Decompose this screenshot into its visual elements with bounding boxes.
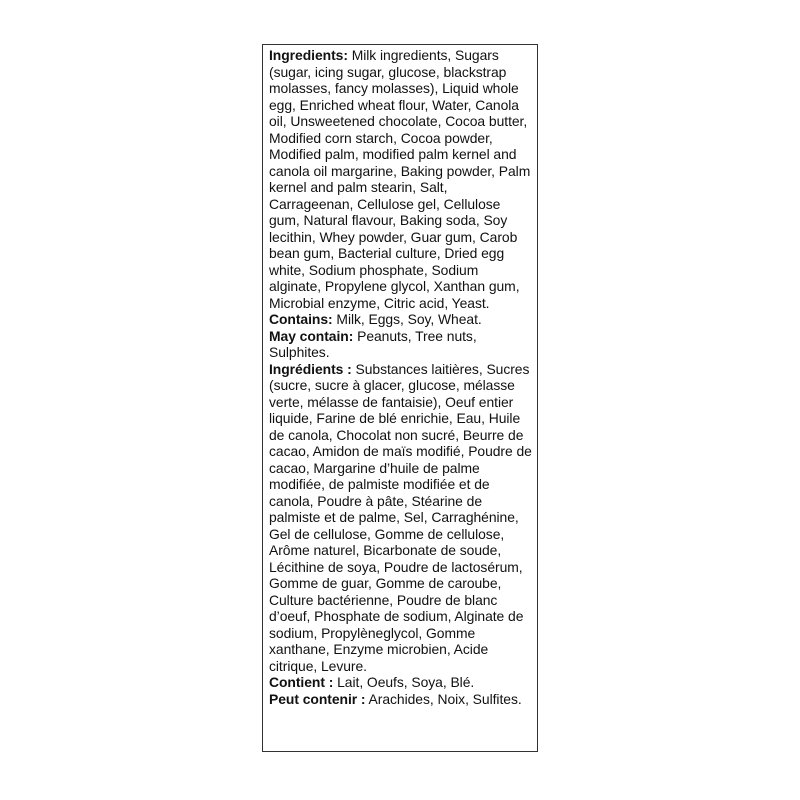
contains-fr-section: Contient : Lait, Oeufs, Soya, Blé. <box>269 674 533 691</box>
may-contain-en-section: May contain: Peanuts, Tree nuts, Sulphit… <box>269 328 533 361</box>
contains-fr-heading: Contient : <box>269 674 333 690</box>
ingredients-en-section: Ingredients: Milk ingredients, Sugars (s… <box>269 47 533 311</box>
may-contain-en-heading: May contain: <box>269 328 353 344</box>
ingredients-en-heading: Ingredients: <box>269 47 348 63</box>
contains-en-section: Contains: Milk, Eggs, Soy, Wheat. <box>269 311 533 328</box>
ingredients-en-text: Milk ingredients, Sugars (sugar, icing s… <box>269 47 530 311</box>
ingredients-fr-heading: Ingrédients : <box>269 361 352 377</box>
ingredients-fr-section: Ingrédients : Substances laitières, Sucr… <box>269 361 533 675</box>
contains-en-heading: Contains: <box>269 311 333 327</box>
may-contain-fr-section: Peut contenir : Arachides, Noix, Sulfite… <box>269 691 533 708</box>
ingredients-label-box: Ingredients: Milk ingredients, Sugars (s… <box>262 44 538 752</box>
ingredients-fr-text: Substances laitières, Sucres (sucre, suc… <box>269 361 532 674</box>
contains-en-text: Milk, Eggs, Soy, Wheat. <box>333 311 482 327</box>
may-contain-fr-text: Arachides, Noix, Sulfites. <box>366 691 522 707</box>
may-contain-fr-heading: Peut contenir : <box>269 691 366 707</box>
contains-fr-text: Lait, Oeufs, Soya, Blé. <box>333 674 474 690</box>
